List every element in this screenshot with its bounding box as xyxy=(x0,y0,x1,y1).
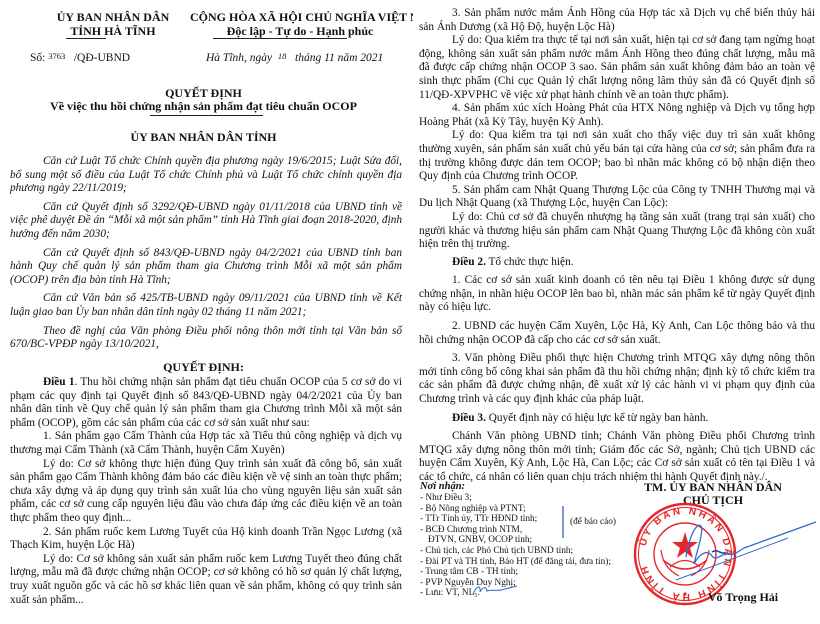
recipient-item: - Đài PT và TH tỉnh, Báo HT (để đăng tải… xyxy=(420,557,620,568)
report-note: (để báo cáo) xyxy=(570,517,616,527)
decision-heading: QUYẾT ĐỊNH: xyxy=(0,360,407,374)
preamble-item: Căn cứ Quyết định số 3292/QĐ-UBND ngày 0… xyxy=(10,201,402,242)
article-1-product: 4. Sản phẩm xúc xích Hoàng Phát của HTX … xyxy=(419,102,815,129)
recipient-item: - Chủ tịch, các Phó Chủ tịch UBND tỉnh; xyxy=(420,546,620,557)
doc-no-prefix: Số: xyxy=(30,52,45,64)
article-1-reason: Lý do: Cơ sở không sản xuất sản phẩm ruố… xyxy=(10,553,402,607)
article-3-label: Điều 3. xyxy=(452,412,486,424)
recipients-heading: Nơi nhận: xyxy=(420,481,620,493)
recipients: Nơi nhận: - Như Điều 3; - Bộ Nông nghiệp… xyxy=(420,481,620,599)
article-1-reason: Lý do: Chủ cơ sở đã chuyển nhượng hạ tần… xyxy=(419,211,815,252)
recipient-bracket xyxy=(562,506,564,538)
article-1: Điều 1. Thu hồi chứng nhận sản phẩm đạt … xyxy=(10,376,402,607)
issuing-authority: ỦY BAN NHÂN DÂN TỈNH xyxy=(0,130,407,144)
recipient-item: - Như Điều 3; xyxy=(420,493,620,504)
article-2-item: 3. Văn phòng Điều phối thực hiện Chương … xyxy=(419,352,815,406)
article-1-product: 3. Sản phẩm nước mắm Ánh Hồng của Hợp tá… xyxy=(419,7,815,34)
article-2-label: Điều 2. xyxy=(452,256,486,268)
national-line1: CỘNG HÒA XÃ HỘI CHỦ NGHĨA VIỆT NAM xyxy=(190,10,410,24)
recipient-item: ĐTVN, GNBV, OCOP tỉnh; xyxy=(420,535,620,546)
document-number: Số: 3763 /QĐ-UBND xyxy=(30,51,130,64)
article-3-text: Quyết định này có hiệu lực kể từ ngày ba… xyxy=(486,412,708,424)
national-heading: CỘNG HÒA XÃ HỘI CHỦ NGHĨA VIỆT NAM Độc l… xyxy=(190,10,410,38)
issuing-org-line1: ỦY BAN NHÂN DÂN xyxy=(38,10,188,24)
article-1-reason: Lý do: Qua kiểm tra tại nơi sản xuất cho… xyxy=(419,129,815,183)
page-2: 3. Sản phẩm nước mắm Ánh Hồng của Hợp tá… xyxy=(413,0,820,624)
article-3-heading: Điều 3. Quyết định này có hiệu lực kể từ… xyxy=(419,412,815,426)
org-underline xyxy=(66,38,106,39)
article-1-continued: 3. Sản phẩm nước mắm Ánh Hồng của Hợp tá… xyxy=(419,7,815,485)
preamble-item: Theo đề nghị của Văn phòng Điều phối nôn… xyxy=(10,325,402,352)
national-motto: Độc lập - Tự do - Hạnh phúc xyxy=(190,24,410,38)
issuing-org: ỦY BAN NHÂN DÂN TỈNH HÀ TĨNH xyxy=(38,10,188,38)
date-suffix: tháng 11 năm 2021 xyxy=(295,52,383,64)
article-1-reason: Lý do: Qua kiểm tra thực tế tại nơi sản … xyxy=(419,34,815,102)
decision-subject: Về việc thu hồi chứng nhận sản phẩm đạt … xyxy=(0,99,407,113)
article-1-reason: Lý do: Cơ sở không thực hiện đúng Quy tr… xyxy=(10,458,402,526)
recipient-item: - Bộ Nông nghiệp và PTNT; xyxy=(420,504,620,515)
initials-signature-icon xyxy=(471,583,521,597)
subject-underline xyxy=(150,115,263,116)
article-1-intro: Điều 1. Thu hồi chứng nhận sản phẩm đạt … xyxy=(10,376,402,430)
issue-date: Hà Tĩnh, ngày 18 tháng 11 năm 2021 xyxy=(206,51,383,64)
article-1-label: Điều 1 xyxy=(43,376,74,388)
article-2-heading: Điều 2. Tổ chức thực hiện. xyxy=(419,256,815,270)
issuing-org-line2: TỈNH HÀ TĨNH xyxy=(38,24,188,38)
article-1-product: 1. Sản phẩm gạo Cẩm Thành của Hợp tác xã… xyxy=(10,430,402,457)
handwritten-signature-icon xyxy=(668,512,818,582)
doc-no-suffix: /QĐ-UBND xyxy=(74,52,130,64)
date-day: 18 xyxy=(278,51,287,61)
article-2-item: 1. Các cơ sở sản xuất kinh doanh có tên … xyxy=(419,274,815,315)
article-1-product: 5. Sản phẩm cam Nhật Quang Thượng Lộc củ… xyxy=(419,184,815,211)
preamble-item: Căn cứ Văn bản số 425/TB-UBND ngày 09/11… xyxy=(10,292,402,319)
date-prefix: Hà Tĩnh, ngày xyxy=(206,52,272,64)
preamble: Căn cứ Luật Tổ chức Chính quyền địa phươ… xyxy=(10,155,402,352)
doc-no: 3763 xyxy=(48,51,65,61)
article-1-product: 2. Sản phẩm ruốc kem Lương Tuyết của Hộ … xyxy=(10,526,402,553)
article-2-text: Tổ chức thực hiện. xyxy=(486,256,574,268)
article-2-item: 2. UBND các huyện Cẩm Xuyên, Lộc Hà, Kỳ … xyxy=(419,320,815,347)
decision-title: QUYẾT ĐỊNH xyxy=(0,86,407,100)
page-1: ỦY BAN NHÂN DÂN TỈNH HÀ TĨNH CỘNG HÒA XÃ… xyxy=(0,0,407,624)
motto-underline xyxy=(213,38,347,39)
signer-name: Võ Trọng Hải xyxy=(683,590,803,605)
preamble-item: Căn cứ Luật Tổ chức Chính quyền địa phươ… xyxy=(10,155,402,196)
preamble-item: Căn cứ Quyết định số 843/QĐ-UBND ngày 04… xyxy=(10,247,402,288)
article-3-enforcement: Chánh Văn phòng UBND tỉnh; Chánh Văn phò… xyxy=(419,430,815,484)
recipient-item: - Trung tâm CB - TH tỉnh; xyxy=(420,567,620,578)
